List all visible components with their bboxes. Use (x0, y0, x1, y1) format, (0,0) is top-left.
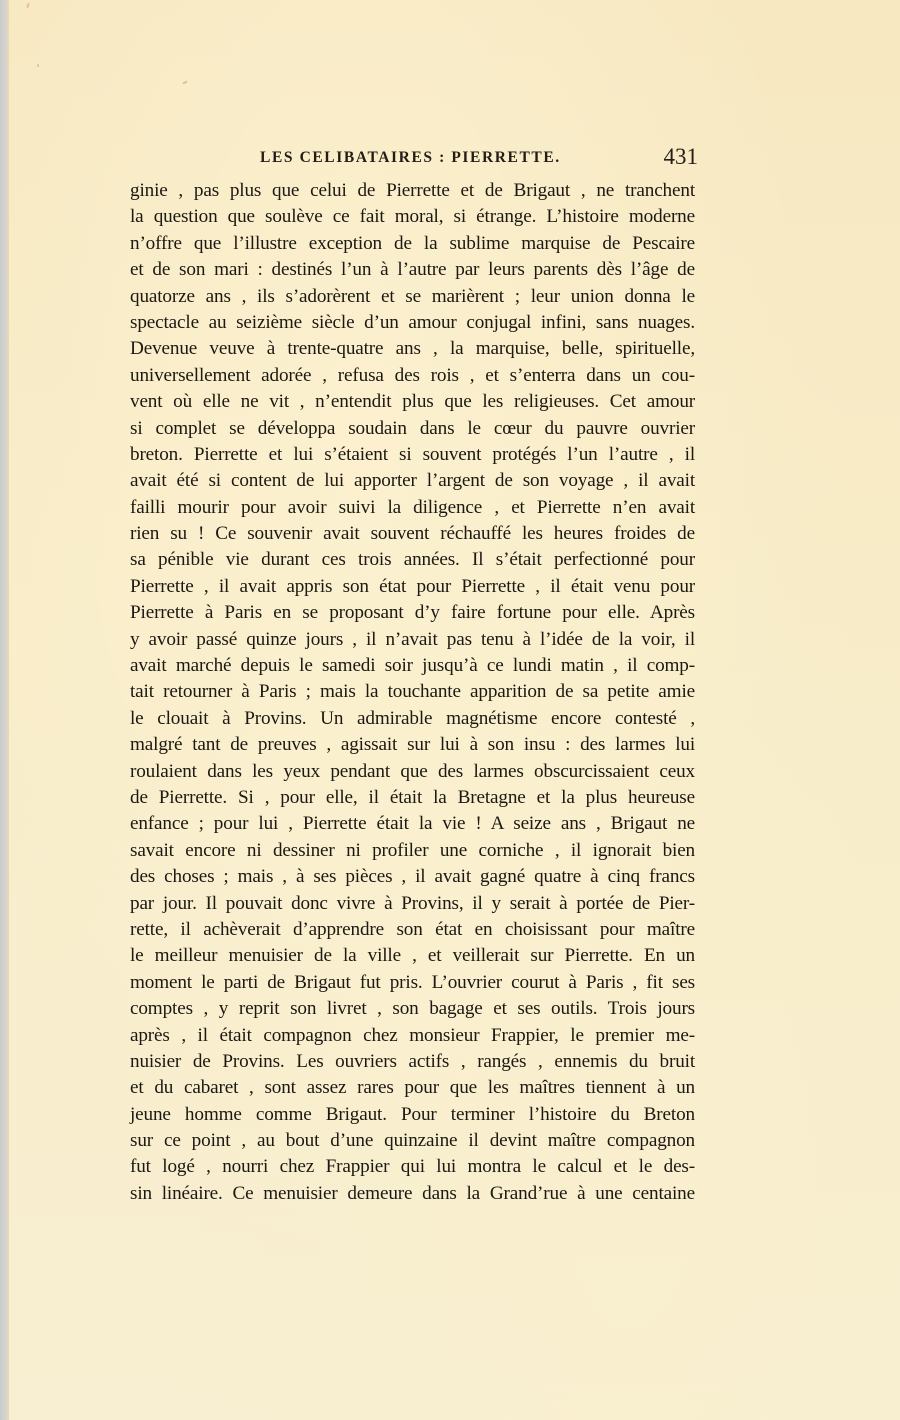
paper-speck (26, 3, 30, 8)
text-line: sin linéaire. Ce menuisier demeure dans … (130, 1181, 695, 1207)
text-line: sur ce point , au bout d’une quinzaine i… (130, 1128, 695, 1154)
text-line: malgré tant de preuves , agissait sur lu… (130, 732, 695, 758)
text-line: sa pénible vie durant ces trois années. … (130, 547, 695, 573)
text-line: si complet se développa soudain dans le … (130, 416, 695, 442)
book-page: LES CELIBATAIRES : PIERRETTE. 431 ginie … (0, 0, 900, 1420)
text-line: le meilleur menuisier de la ville , et v… (130, 943, 695, 969)
text-line: moment le parti de Brigaut fut pris. L’o… (130, 970, 695, 996)
text-line: avait été si content de lui apporter l’a… (130, 468, 695, 494)
text-line: rien su ! Ce souvenir avait souvent réch… (130, 521, 695, 547)
text-line: et de son mari : destinés l’un à l’autre… (130, 257, 695, 283)
page-left-edge (0, 0, 9, 1420)
text-line: nuisier de Provins. Les ouvriers actifs … (130, 1049, 695, 1075)
paper-speck (182, 80, 187, 84)
text-line: Pierrette à Paris en se proposant d’y fa… (130, 600, 695, 626)
text-line: n’offre que l’illustre exception de la s… (130, 231, 695, 257)
text-line: vent où elle ne vit , n’entendit plus qu… (130, 389, 695, 415)
text-line: spectacle au seizième siècle d’un amour … (130, 310, 695, 336)
text-line: y avoir passé quinze jours , il n’avait … (130, 627, 695, 653)
text-line: le clouait à Provins. Un admirable magné… (130, 706, 695, 732)
text-line: par jour. Il pouvait donc vivre à Provin… (130, 891, 695, 917)
running-head: LES CELIBATAIRES : PIERRETTE. 431 (130, 146, 695, 174)
text-line: failli mourir pour avoir suivi la dilige… (130, 495, 695, 521)
running-title: LES CELIBATAIRES : PIERRETTE. (260, 149, 561, 167)
text-line: Devenue veuve à trente-quatre ans , la m… (130, 336, 695, 362)
text-line: de Pierrette. Si , pour elle, il était l… (130, 785, 695, 811)
text-line: breton. Pierrette et lui s’étaient si so… (130, 442, 695, 468)
text-line: avait marché depuis le samedi soir jusqu… (130, 653, 695, 679)
body-text: ginie , pas plus que celui de Pierrette … (130, 178, 695, 1207)
text-line: Pierrette , il avait appris son état pou… (130, 574, 695, 600)
text-line: ginie , pas plus que celui de Pierrette … (130, 178, 695, 204)
text-line: universellement adorée , refusa des rois… (130, 363, 695, 389)
text-line: quatorze ans , ils s’adorèrent et se mar… (130, 284, 695, 310)
paper-speck (37, 64, 39, 67)
text-line: et du cabaret , sont assez rares pour qu… (130, 1075, 695, 1101)
text-line: fut logé , nourri chez Frappier qui lui … (130, 1154, 695, 1180)
text-line: après , il était compagnon chez monsieur… (130, 1023, 695, 1049)
text-line: comptes , y reprit son livret , son baga… (130, 996, 695, 1022)
page-number: 431 (664, 144, 699, 170)
text-line: tait retourner à Paris ; mais la touchan… (130, 679, 695, 705)
text-line: des choses ; mais , à ses pièces , il av… (130, 864, 695, 890)
text-line: la question que soulève ce fait moral, s… (130, 204, 695, 230)
text-line: enfance ; pour lui , Pierrette était la … (130, 811, 695, 837)
text-line: roulaient dans les yeux pendant que des … (130, 759, 695, 785)
text-line: rette, il achèverait d’apprendre son éta… (130, 917, 695, 943)
text-line: savait encore ni dessiner ni profiler un… (130, 838, 695, 864)
text-line: jeune homme comme Brigaut. Pour terminer… (130, 1102, 695, 1128)
